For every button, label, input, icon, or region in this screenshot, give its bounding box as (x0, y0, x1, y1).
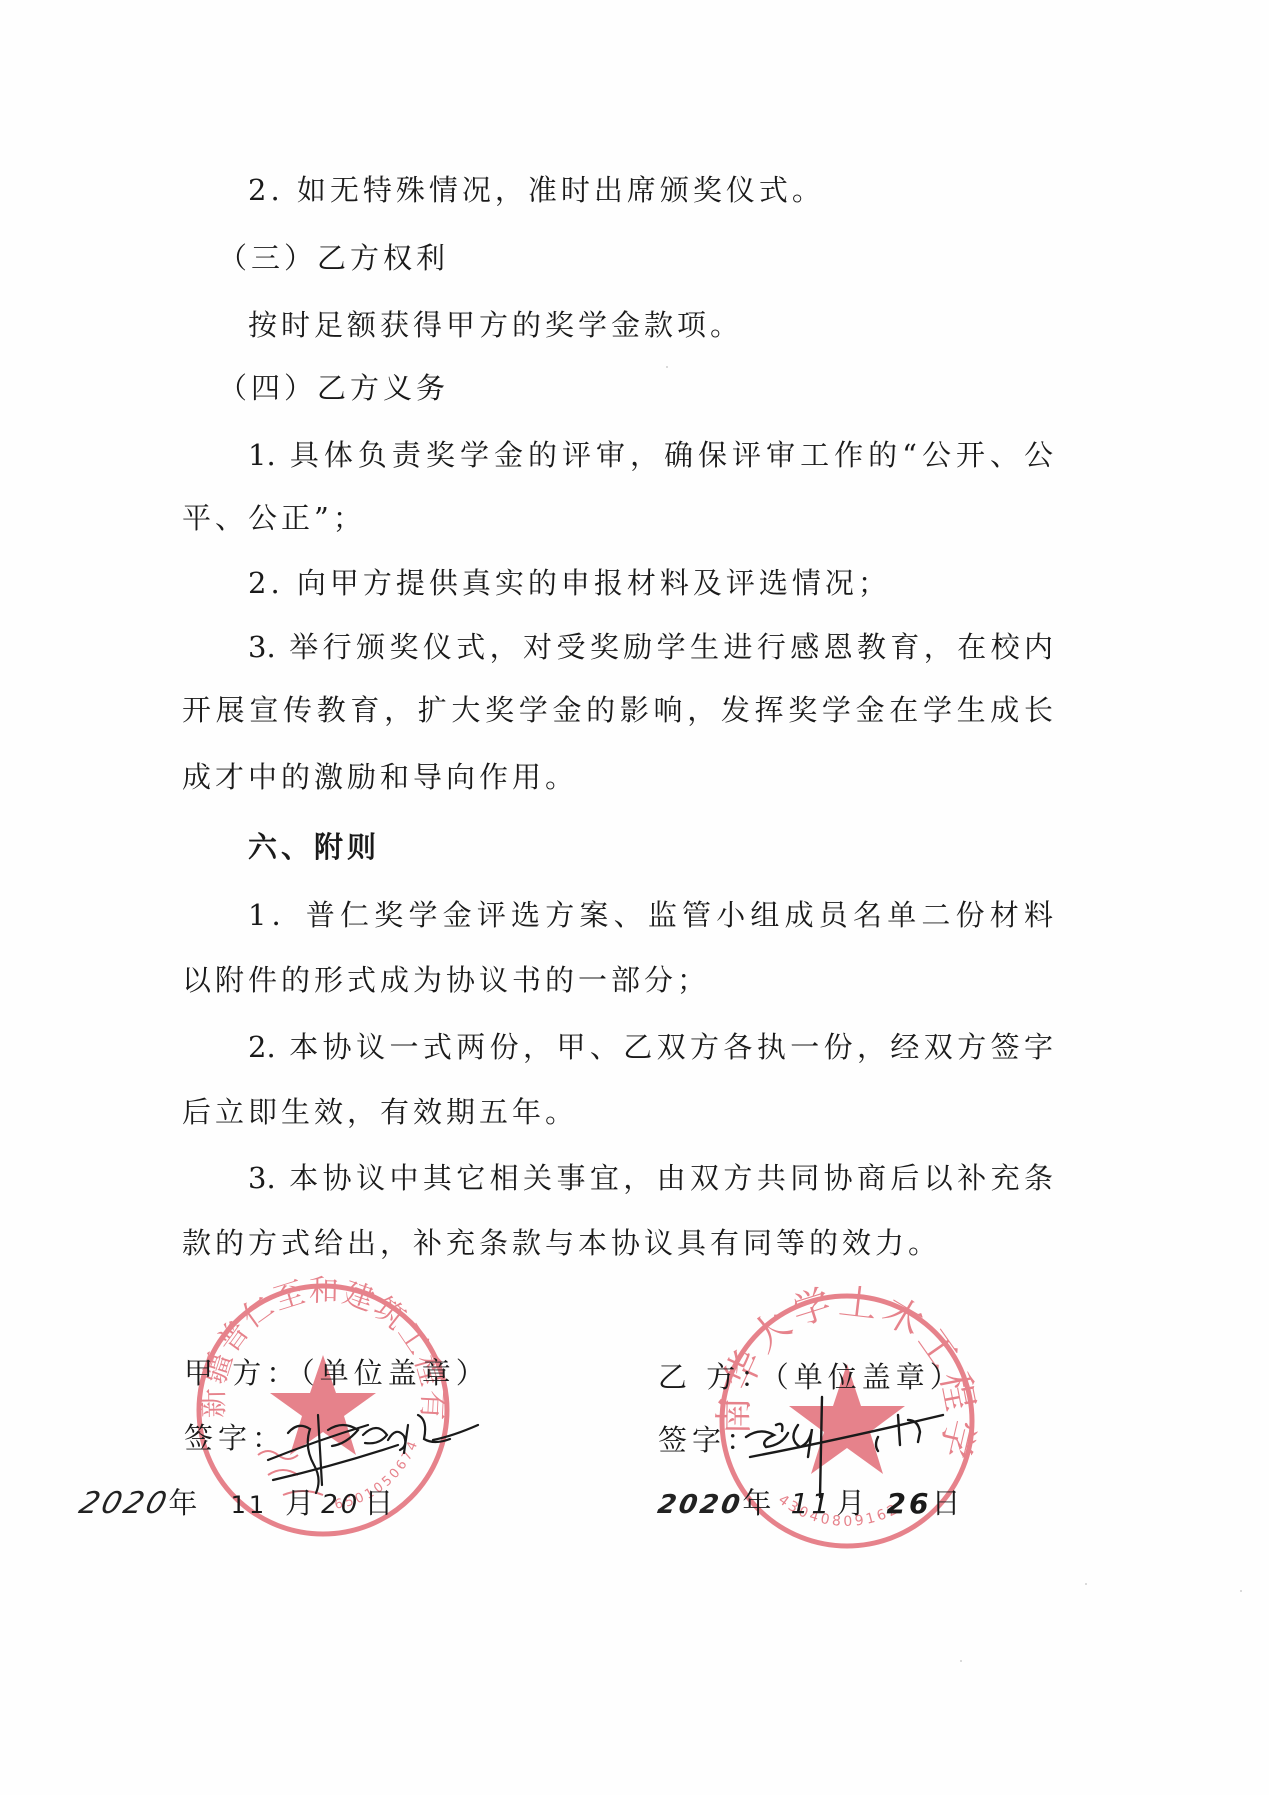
scan-speck (1085, 1583, 1087, 1585)
appendix-item-2: 2. 本协议一式两份，甲、乙双方各执一份，经双方签字 (248, 1027, 1053, 1067)
appendix-item-3-wrap: 款的方式给出，补充条款与本协议具有同等的效力。 (182, 1223, 1053, 1263)
section-heading-appendix: 六、附则 (248, 827, 1053, 867)
obligation-item-1-wrap: 平、公正”； (182, 498, 1053, 538)
scan-speck (960, 1660, 962, 1662)
obligation-item-3-wrap-1: 开展宣传教育，扩大奖学金的影响，发挥奖学金在学生成长 (182, 690, 1053, 730)
party-a-date-month: 11 (231, 1491, 268, 1519)
obligation-item-3-wrap-2: 成才中的激励和导向作用。 (182, 757, 1053, 797)
appendix-item-1: 1．普仁奖学金评选方案、监管小组成员名单二份材料 (248, 895, 1053, 935)
party-a-signature-icon (258, 1385, 498, 1495)
appendix-item-1-wrap: 以附件的形式成为协议书的一部分； (182, 960, 1053, 1000)
obligation-item-1: 1. 具体负责奖学金的评审，确保评审工作的“公开、公 (248, 435, 1053, 475)
subheading-party-b-rights: （三）乙方权利 (218, 238, 1089, 278)
obligation-item-2: 2. 向甲方提供真实的申报材料及评选情况； (248, 563, 1053, 603)
subheading-party-b-obligations: （四）乙方义务 (218, 368, 1089, 408)
appendix-item-2-wrap: 后立即生效，有效期五年。 (182, 1092, 1053, 1132)
document-page: 2. 如无特殊情况，准时出席颁奖仪式。 （三）乙方权利 按时足额获得甲方的奖学金… (0, 0, 1269, 1795)
party-b-date-year: 2020 (654, 1485, 745, 1525)
year-label: 年 (168, 1486, 200, 1520)
scan-speck (1240, 1590, 1242, 1592)
text-line-continuation: 2. 如无特殊情况，准时出席颁奖仪式。 (248, 170, 1053, 210)
appendix-item-3: 3. 本协议中其它相关事宜，由双方共同协商后以补充条 (248, 1158, 1053, 1198)
scan-speck (666, 366, 668, 368)
obligation-item-3: 3. 举行颁奖仪式，对受奖励学生进行感恩教育，在校内 (248, 627, 1053, 667)
party-b-signature-icon (738, 1385, 968, 1505)
party-a-date-year: 2020 (75, 1484, 174, 1524)
paragraph-party-b-rights: 按时足额获得甲方的奖学金款项。 (248, 305, 1053, 345)
